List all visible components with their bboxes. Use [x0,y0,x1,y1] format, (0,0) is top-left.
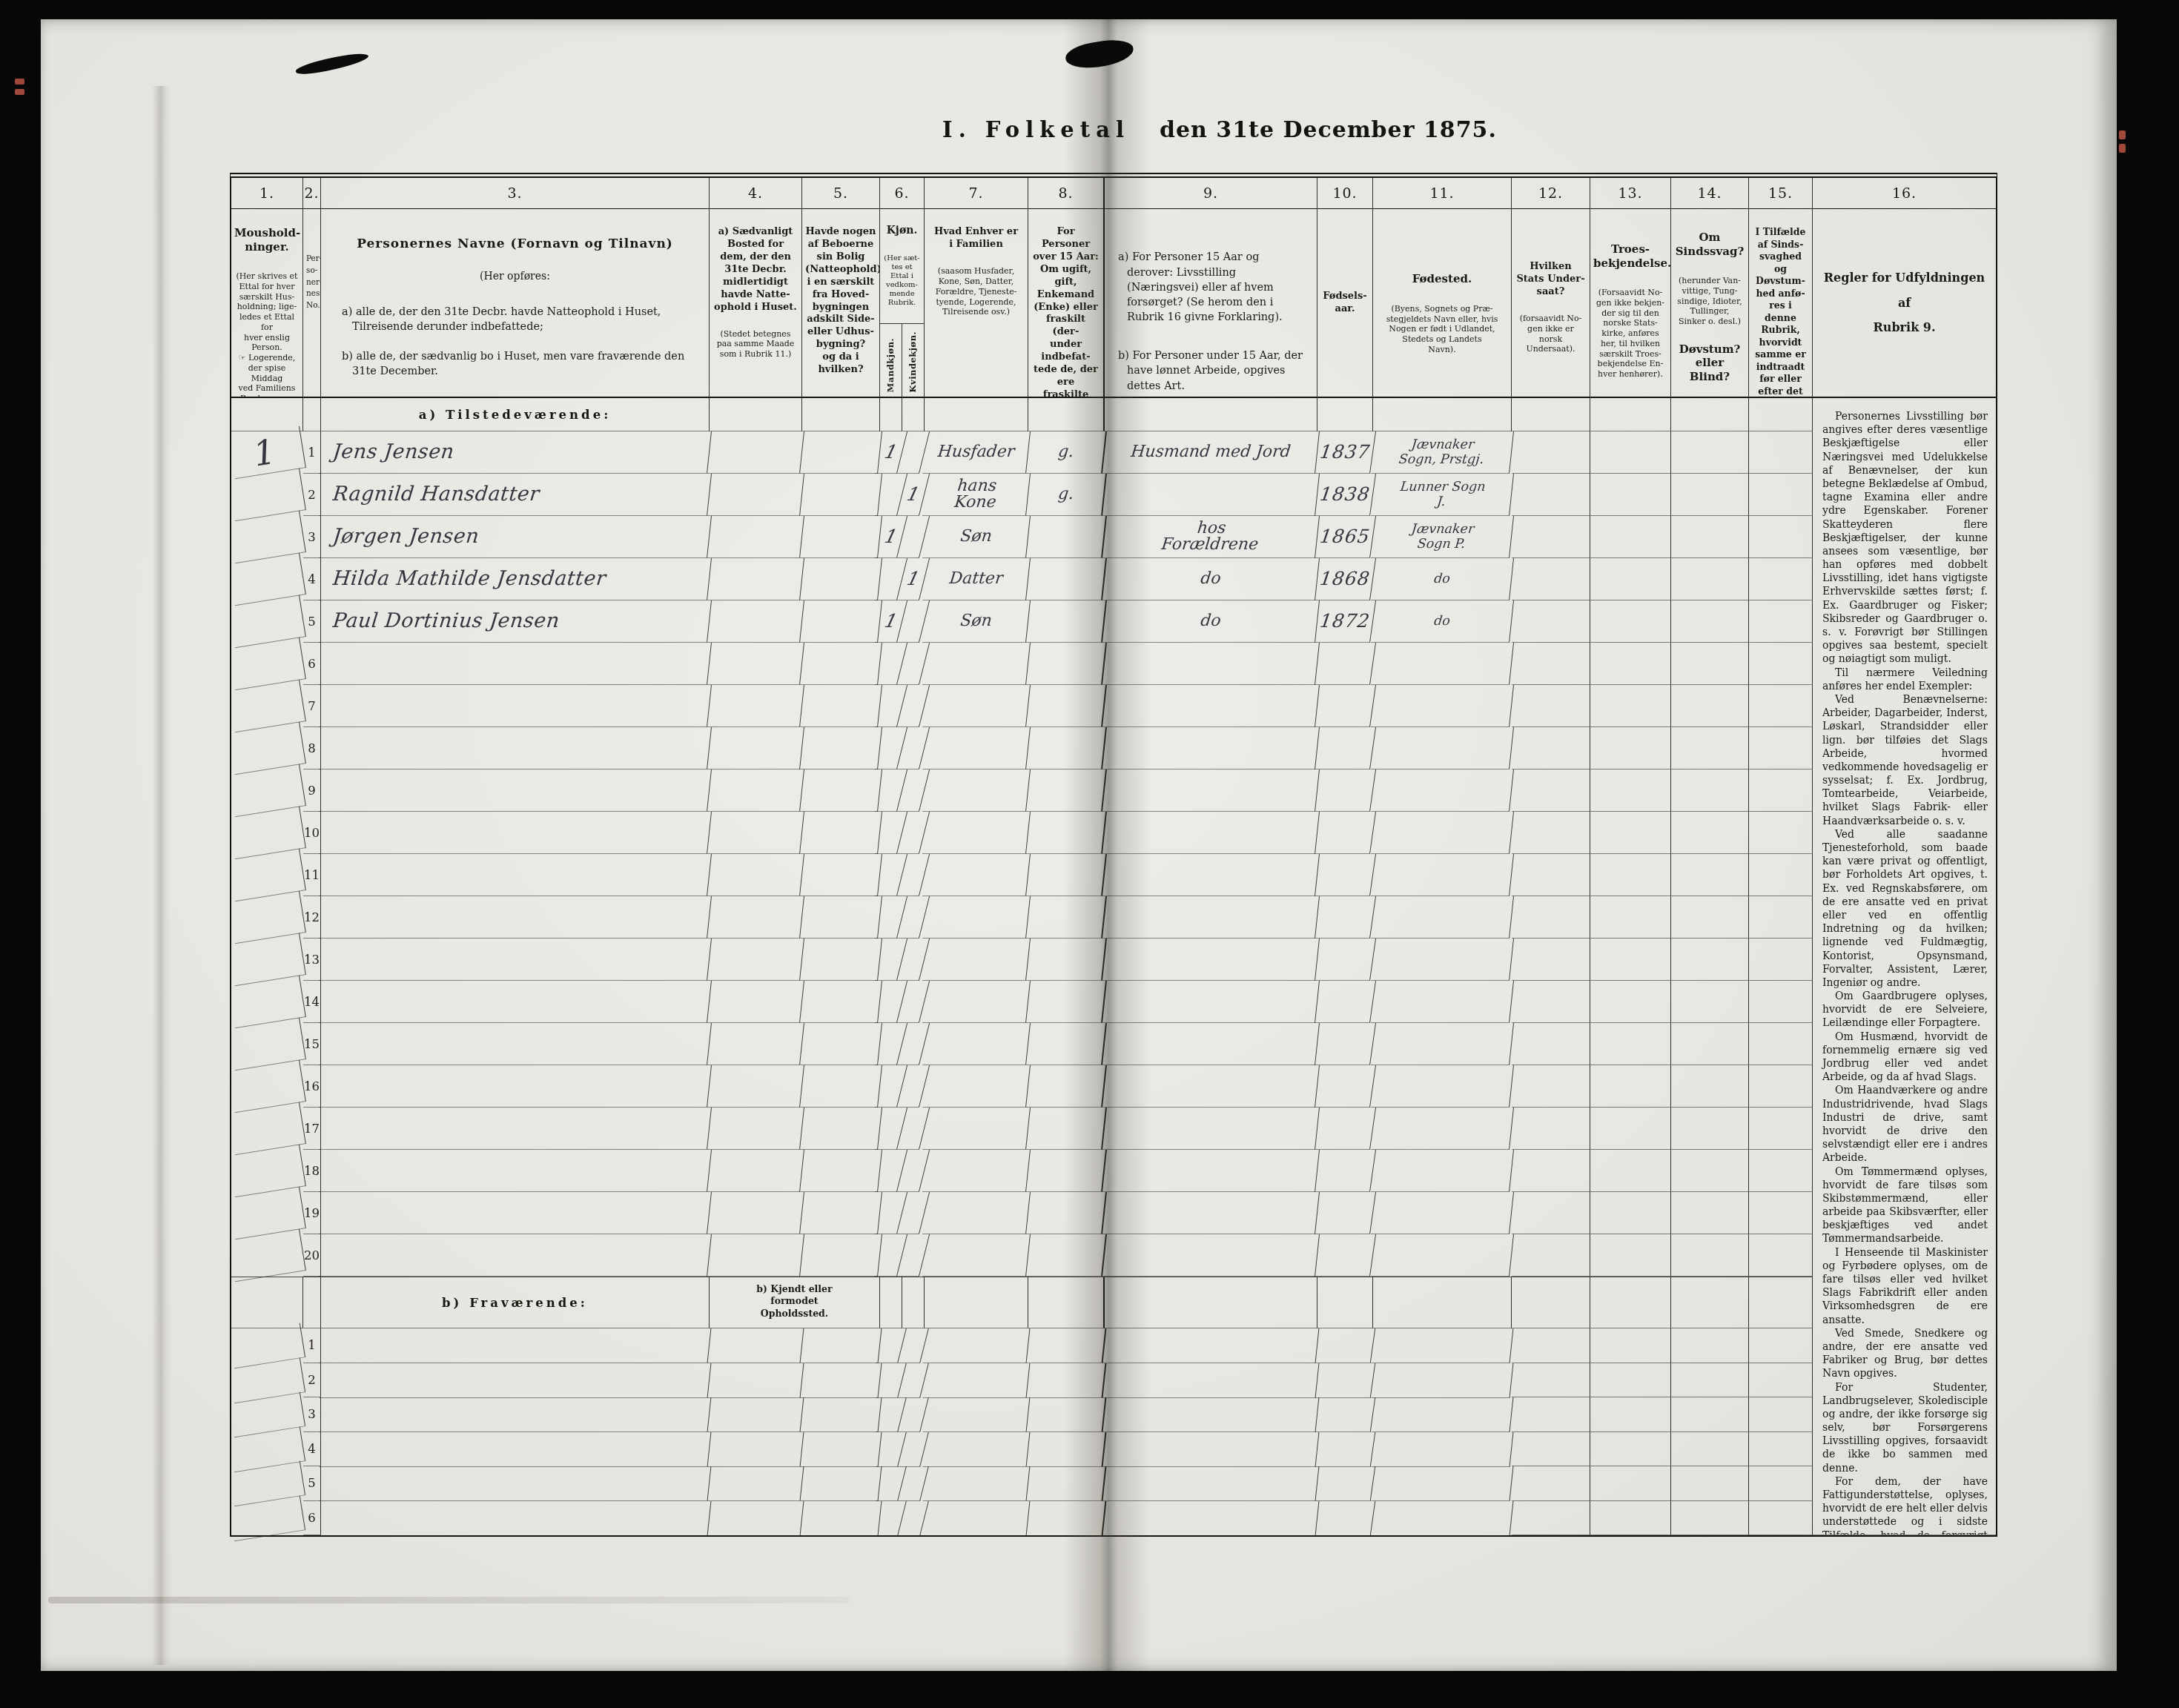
cell-family-position [922,1065,1031,1108]
rubrik9-instructions: Personernes Livsstilling bør angives eft… [1813,398,1996,1535]
cell-family-position [922,643,1031,685]
cell-disability-onset [1749,1192,1813,1234]
cell-marital-status [1026,1065,1107,1108]
cell-occupation [1102,939,1320,981]
cell-outbuilding [800,939,882,981]
section-b-note: b) Kjendt eller formodet Opholdssted. [710,1277,880,1328]
cell-outbuilding [800,1065,882,1108]
cell-citizenship [1512,1432,1590,1467]
cell-person-number: 3 [303,516,321,558]
cell-birthplace [1371,939,1514,981]
col9-number: 9. [1105,178,1317,209]
cell-usual-residence [707,474,804,516]
cell-person-number: 8 [303,727,321,769]
band-cell [710,398,802,431]
cell-birth-year [1315,1150,1376,1192]
cell-disability-onset [1749,812,1813,854]
cell-marital-status [1026,896,1107,939]
cell-disability [1671,1501,1749,1536]
cell-family-position [922,1150,1031,1192]
cell-outbuilding [800,431,882,474]
cell-birth-year [1315,1192,1376,1234]
band-cell [925,1277,1028,1328]
page-stack-shadow [48,1597,849,1603]
cell-outbuilding [800,854,882,896]
cell-birthplace [1371,1065,1514,1108]
cell-faith [1590,1234,1671,1277]
cell-usual-residence [708,1363,804,1398]
cell-birthplace [1371,685,1514,727]
cell-citizenship [1512,1150,1590,1192]
cell-disability-onset [1749,981,1813,1023]
cell-person-number: 16 [303,1065,321,1108]
cell-person-name [319,685,712,727]
cell-occupation [1103,1397,1320,1432]
cell-outbuilding [801,1363,882,1398]
cell-person-name [319,1023,712,1065]
band-cell [880,1277,902,1328]
cell-usual-residence [707,769,804,812]
cell-usual-residence [707,939,804,981]
cell-person-number: 3 [303,1397,321,1432]
cell-faith [1590,727,1671,769]
cell-outbuilding [800,896,882,939]
cell-disability [1671,1023,1749,1065]
cell-person-number: 6 [303,643,321,685]
cell-usual-residence [707,516,804,558]
cell-birth-year: 1872 [1315,600,1376,643]
cell-family-position [922,727,1031,769]
cell-occupation [1103,1328,1320,1363]
cell-outbuilding [800,1192,882,1234]
cell-outbuilding [801,1328,882,1363]
cell-marital-status [1027,1466,1107,1501]
cell-person-name: Jens Jensen [319,431,712,474]
cell-family-position [923,1363,1031,1398]
cell-occupation [1102,812,1320,854]
cell-birth-year [1315,1234,1376,1277]
cell-faith [1590,431,1671,474]
cell-faith [1590,1108,1671,1150]
cell-usual-residence [707,1234,804,1277]
cell-family-position: Husfader [922,431,1031,474]
cell-birthplace [1371,1192,1514,1234]
cell-citizenship [1512,1397,1590,1432]
cell-marital-status [1026,1108,1107,1150]
cell-usual-residence [708,1466,804,1501]
band-cell [880,398,902,431]
cell-birthplace [1371,1150,1514,1192]
cell-occupation [1102,1150,1320,1192]
cell-citizenship [1512,1363,1590,1398]
cell-person-name [319,812,712,854]
cell-birth-year [1315,854,1376,896]
cell-disability [1671,1150,1749,1192]
col6-number: 6. [880,178,925,209]
cell-disability [1671,896,1749,939]
cell-person-number: 1 [303,1328,321,1363]
cell-family-position [922,769,1031,812]
cell-birthplace [1372,1501,1514,1536]
instruction-paragraph: For Studenter, Landbrugselever, Skoledis… [1822,1381,1988,1475]
cell-occupation [1103,1432,1320,1467]
cell-birth-year: 1837 [1315,431,1376,474]
cell-citizenship [1512,896,1590,939]
cell-marital-status [1026,516,1107,558]
cell-citizenship [1512,1328,1590,1363]
cell-person-name [319,643,712,685]
band-cell [1590,1277,1671,1328]
col14-header: Om Sindssvag? (herunder Van- vittige, Tu… [1671,209,1749,398]
cell-disability [1671,854,1749,896]
cell-marital-status [1026,769,1107,812]
cell-occupation [1102,1023,1320,1065]
cell-citizenship [1512,643,1590,685]
cell-disability [1671,812,1749,854]
cell-person-name [320,1363,712,1398]
cell-birth-year: 1868 [1315,558,1376,600]
cell-citizenship [1512,1466,1590,1501]
cell-occupation [1102,1108,1320,1150]
cell-faith [1590,1397,1671,1432]
cell-birthplace: Jævnaker Sogn P. [1371,516,1514,558]
cell-person-name [319,1234,712,1277]
cell-occupation: Husmand med Jord [1102,431,1320,474]
cell-faith [1590,1328,1671,1363]
cell-citizenship [1512,600,1590,643]
cell-occupation [1102,643,1320,685]
cell-marital-status [1026,854,1107,896]
page-fold-edge [152,86,171,1665]
cell-birthplace [1372,1363,1514,1398]
cell-occupation [1102,1065,1320,1108]
cell-person-number: 2 [303,1363,321,1398]
col7-number: 7. [925,178,1028,209]
col6-header: Kjøn. (Her sæt- tes et Ettal i vedkom- m… [880,209,925,398]
cell-faith [1590,516,1671,558]
cell-usual-residence [708,1397,804,1432]
col11-header: Fødested. (Byens, Sognets og Præ- stegje… [1373,209,1512,398]
cell-disability-onset [1749,1065,1813,1108]
red-registration-mark [2119,130,2126,139]
cell-birth-year [1315,643,1376,685]
instruction-paragraph: Ved Benævnelserne: Arbeider, Dagarbeider… [1822,693,1988,828]
cell-person-name: Jørgen Jensen [319,516,712,558]
instruction-paragraph: Ved alle saadanne Tjenesteforhold, som b… [1822,828,1988,990]
cell-faith [1590,769,1671,812]
band-cell [1373,398,1512,431]
cell-usual-residence [707,727,804,769]
cell-usual-residence [707,981,804,1023]
cell-disability-onset [1749,558,1813,600]
cell-birthplace [1372,1466,1514,1501]
cell-citizenship [1512,516,1590,558]
cell-birth-year [1315,981,1376,1023]
cell-person-name: Ragnild Hansdatter [319,474,712,516]
cell-birth-year [1315,1466,1376,1501]
cell-disability [1671,1397,1749,1432]
cell-disability [1671,1363,1749,1398]
cell-faith [1590,981,1671,1023]
cell-person-number: 9 [303,769,321,812]
cell-birthplace [1371,1108,1514,1150]
cell-occupation [1102,981,1320,1023]
cell-family-position: Søn [922,600,1031,643]
cell-disability-onset [1749,474,1813,516]
cell-disability-onset [1749,643,1813,685]
cell-occupation [1102,769,1320,812]
band-cell [802,398,880,431]
cell-occupation [1103,1363,1320,1398]
cell-birthplace [1372,1432,1514,1467]
cell-birthplace [1371,1023,1514,1065]
col1-header: Moushold- ninger. (Her skrives et Ettal … [231,209,303,398]
form-title-right: den 31te December 1875. [1160,117,1497,143]
cell-family-position [922,1234,1031,1277]
cell-citizenship [1512,1065,1590,1108]
cell-disability-onset [1749,685,1813,727]
cell-family-position [923,1328,1031,1363]
scanned-census-page: { "title": {"part1": "I. Folketal", "par… [0,0,2179,1708]
cell-birthplace [1371,769,1514,812]
cell-citizenship [1512,1023,1590,1065]
cell-family-position [922,854,1031,896]
instruction-paragraph: For dem, der have Fattigunderstøttelse, … [1822,1475,1988,1535]
col5-header: Havde nogen af Beboerne sin Bolig (Natte… [802,209,880,398]
cell-birth-year [1315,1501,1376,1536]
cell-birthplace [1371,981,1514,1023]
cell-birth-year [1315,1432,1376,1467]
cell-birthplace: do [1371,558,1514,600]
cell-disability-onset [1749,1023,1813,1065]
cell-marital-status [1026,643,1107,685]
cell-birthplace [1371,896,1514,939]
cell-marital-status [1027,1328,1107,1363]
cell-person-number: 5 [303,1466,321,1501]
cell-person-number: 1 [303,431,321,474]
col3-header: Personernes Navne (Fornavn og Tilnavn) (… [321,209,710,398]
cell-disability [1671,474,1749,516]
cell-person-name [319,769,712,812]
cell-birth-year [1315,1397,1376,1432]
cell-faith [1590,1501,1671,1536]
instruction-paragraph: Til nærmere Veiledning anføres her endel… [1822,666,1988,693]
cell-faith [1590,1065,1671,1108]
cell-person-number: 2 [303,474,321,516]
cell-disability-onset [1749,1466,1813,1501]
band-cell [1317,1277,1373,1328]
cell-family-position [922,896,1031,939]
instruction-paragraph: Om Haandværkere og andre Industridrivend… [1822,1084,1988,1165]
cell-outbuilding [800,600,882,643]
census-form-page: I. Folketal den 31te December 1875. 1. 2… [41,19,2117,1671]
cell-person-name: Paul Dortinius Jensen [319,600,712,643]
cell-occupation [1103,1466,1320,1501]
cell-marital-status [1026,981,1107,1023]
instruction-paragraph: Om Gaardbrugere oplyses, hvorvidt de ere… [1822,990,1988,1030]
cell-person-name [319,854,712,896]
cell-occupation [1102,727,1320,769]
cell-outbuilding [800,981,882,1023]
cell-family-position [923,1466,1031,1501]
cell-birthplace [1372,1397,1514,1432]
cell-marital-status: g. [1026,474,1107,516]
col11-number: 11. [1373,178,1512,209]
instruction-paragraph: Personernes Livsstilling bør angives eft… [1822,410,1988,666]
cell-person-name [320,1397,712,1432]
band-cell [303,1277,321,1328]
cell-marital-status [1027,1501,1107,1536]
col15-number: 15. [1749,178,1813,209]
cell-occupation [1102,1234,1320,1277]
cell-citizenship [1512,769,1590,812]
cell-birth-year: 1865 [1315,516,1376,558]
cell-disability [1671,643,1749,685]
col16-number: 16. [1813,178,1996,209]
cell-faith [1590,1363,1671,1398]
cell-person-name [320,1466,712,1501]
cell-faith [1590,1023,1671,1065]
cell-family-position [923,1501,1031,1536]
cell-usual-residence [707,896,804,939]
cell-birth-year [1315,1108,1376,1150]
cell-person-name [319,981,712,1023]
col2-header: Per- so- ner- nes No. [303,209,321,398]
cell-occupation: hos Forældrene [1102,516,1320,558]
cell-person-number: 15 [303,1023,321,1065]
cell-person-name: Hilda Mathilde Jensdatter [319,558,712,600]
cell-disability-onset [1749,431,1813,474]
instruction-paragraph: Ved Smede, Snedkere og andre, der ere an… [1822,1327,1988,1381]
col8-header: For Personer over 15 Aar: Om ugift, gift… [1028,209,1105,398]
band-cell [902,1277,925,1328]
cell-person-number: 14 [303,981,321,1023]
cell-person-name [319,1065,712,1108]
cell-person-name [319,1192,712,1234]
form-title-left: I. Folketal [942,117,1130,142]
cell-disability-onset [1749,1328,1813,1363]
cell-faith [1590,1466,1671,1501]
col9-header: a) For Personer 15 Aar og derover: Livss… [1105,209,1317,398]
red-registration-mark [15,79,24,85]
cell-birthplace [1371,643,1514,685]
cell-marital-status [1027,1397,1107,1432]
cell-person-number: 7 [303,685,321,727]
cell-person-number: 13 [303,939,321,981]
cell-usual-residence [707,1150,804,1192]
col3-number: 3. [321,178,710,209]
cell-usual-residence [708,1328,804,1363]
cell-faith [1590,854,1671,896]
band-cell [1105,398,1317,431]
cell-citizenship [1512,939,1590,981]
cell-marital-status [1026,1023,1107,1065]
cell-usual-residence [708,1501,804,1536]
cell-person-name [319,1108,712,1150]
ink-smudge [1064,38,1134,71]
cell-outbuilding [801,1432,882,1467]
band-cell [1105,1277,1317,1328]
cell-person-name [319,896,712,939]
col12-number: 12. [1512,178,1590,209]
cell-marital-status [1026,1150,1107,1192]
cell-occupation [1102,685,1320,727]
cell-usual-residence [707,431,804,474]
cell-outbuilding [801,1466,882,1501]
cell-faith [1590,1150,1671,1192]
cell-faith [1590,1192,1671,1234]
cell-marital-status [1026,600,1107,643]
cell-birth-year [1315,1023,1376,1065]
cell-outbuilding [800,558,882,600]
cell-disability [1671,431,1749,474]
col14-number: 14. [1671,178,1749,209]
cell-disability-onset [1749,854,1813,896]
band-cell [1749,398,1813,431]
band-cell [1749,1277,1813,1328]
cell-birth-year [1315,769,1376,812]
col16-header: Regler for Udfyldningen af Rubrik 9. [1813,209,1996,398]
cell-occupation [1102,1192,1320,1234]
cell-disability [1671,685,1749,727]
band-cell [1671,1277,1749,1328]
cell-citizenship [1512,727,1590,769]
col7-header: Hvad Enhver er i Familien (saasom Husfad… [925,209,1028,398]
female-column-label: Kvindekjøn. [902,324,924,397]
cell-occupation: do [1102,558,1320,600]
col4-number: 4. [710,178,802,209]
cell-outbuilding [800,769,882,812]
cell-disability [1671,516,1749,558]
cell-family-position [922,1192,1031,1234]
cell-birth-year [1315,1328,1376,1363]
male-column-label: Mandkjøn. [880,324,902,397]
cell-disability-onset [1749,1108,1813,1150]
cell-faith [1590,643,1671,685]
col5-number: 5. [802,178,880,209]
cell-disability-onset [1749,1234,1813,1277]
band-cell [1590,398,1671,431]
cell-outbuilding [800,1108,882,1150]
cell-outbuilding [800,1150,882,1192]
cell-citizenship [1512,812,1590,854]
col4-header: a) Sædvanligt Bosted for dem, der den 31… [710,209,802,398]
cell-birthplace: do [1371,600,1514,643]
cell-disability-onset [1749,769,1813,812]
col10-header: Fødsels- aar. [1317,209,1373,398]
cell-disability [1671,1234,1749,1277]
cell-citizenship [1512,981,1590,1023]
cell-citizenship [1512,474,1590,516]
cell-disability [1671,1328,1749,1363]
cell-marital-status [1026,1234,1107,1277]
sex-header: Kjøn. (Her sæt- tes et Ettal i vedkom- m… [880,209,924,323]
col1-number: 1. [231,178,303,209]
cell-person-number: 20 [303,1234,321,1277]
cell-person-number: 10 [303,812,321,854]
cell-disability-onset [1749,939,1813,981]
band-cell [1671,398,1749,431]
cell-marital-status [1026,939,1107,981]
cell-occupation [1103,1501,1320,1536]
cell-usual-residence [707,643,804,685]
cell-family-position [922,812,1031,854]
cell-outbuilding [800,474,882,516]
cell-disability-onset [1749,1150,1813,1192]
cell-family-position: Datter [922,558,1031,600]
cell-marital-status [1027,1432,1107,1467]
cell-birthplace [1371,854,1514,896]
